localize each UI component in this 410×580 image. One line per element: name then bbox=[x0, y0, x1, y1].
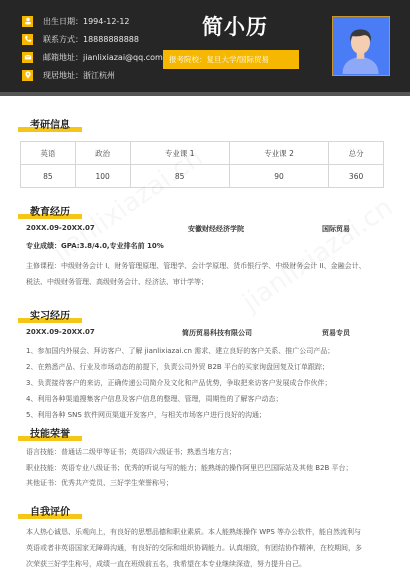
header-divider bbox=[0, 92, 410, 96]
table-cell: 100 bbox=[75, 165, 130, 188]
info-label: 出生日期： bbox=[43, 16, 83, 27]
education-school: 安徽财经经济学院 bbox=[188, 224, 244, 234]
exam-score-table: 英语 政治 专业课 1 专业课 2 总分 85 100 85 90 360 bbox=[20, 141, 384, 188]
person-icon bbox=[22, 16, 33, 27]
info-value: jianlixiazai@qq.com bbox=[83, 53, 163, 62]
internship-item: 5、利用各种 SNS 软件网页渠道开发客户，与相关市场客户进行良好的沟通； bbox=[26, 410, 266, 420]
internship-company: 简历贸易科技有限公司 bbox=[182, 328, 252, 338]
section-title-internship: 实习经历 bbox=[18, 307, 88, 323]
watermark: jianlixiazai.cn bbox=[237, 192, 398, 317]
internship-item: 1、参加国内外展会、拜访客户、了解 jianlixiazai.cn 需求、建立良… bbox=[26, 346, 334, 356]
table-header-cell: 英语 bbox=[21, 142, 76, 165]
table-cell: 85 bbox=[21, 165, 76, 188]
table-header-cell: 专业课 2 bbox=[229, 142, 328, 165]
education-period: 20XX.09-20XX.07 bbox=[26, 224, 95, 232]
section-title-education: 教育经历 bbox=[18, 203, 88, 219]
mail-icon bbox=[22, 52, 33, 63]
info-value: 1994-12-12 bbox=[83, 17, 130, 26]
internship-period: 20XX.09-20XX.07 bbox=[26, 328, 95, 336]
table-cell: 360 bbox=[329, 165, 384, 188]
skill-item: 语言技能：普通话二级甲等证书；英语四六级证书；熟悉当地方言； bbox=[26, 447, 236, 457]
table-header-row: 英语 政治 专业课 1 专业课 2 总分 bbox=[21, 142, 384, 165]
table-cell: 85 bbox=[130, 165, 229, 188]
info-address: 现居地址： 浙江杭州 bbox=[22, 68, 115, 82]
table-header-cell: 专业课 1 bbox=[130, 142, 229, 165]
info-birthdate: 出生日期： 1994-12-12 bbox=[22, 14, 130, 28]
info-label: 邮箱地址： bbox=[43, 52, 83, 63]
education-gpa: 专业成绩：GPA:3.8/4.0,专业排名前 10% bbox=[26, 241, 164, 251]
education-courses-line: 税法、中级财务管理、高级财务会计、经济法、审计学等； bbox=[26, 277, 208, 287]
internship-position: 贸易专员 bbox=[322, 328, 350, 338]
education-major: 国际贸易 bbox=[322, 224, 350, 234]
table-cell: 90 bbox=[229, 165, 328, 188]
info-phone: 联系方式： 18888888888 bbox=[22, 32, 139, 46]
location-icon bbox=[22, 70, 33, 81]
table-header-cell: 总分 bbox=[329, 142, 384, 165]
candidate-name: 简小历 bbox=[195, 11, 275, 41]
skill-item: 其他证书：优秀共产党员、三好学生荣誉称号； bbox=[26, 478, 173, 488]
info-email: 邮箱地址： jianlixiazai@qq.com bbox=[22, 50, 163, 64]
table-row: 85 100 85 90 360 bbox=[21, 165, 384, 188]
phone-icon bbox=[22, 34, 33, 45]
info-label: 联系方式： bbox=[43, 34, 83, 45]
education-courses-line: 主修课程：中级财务会计 I、财务管理原理、管理学、会计学原理、货币银行学、中级财… bbox=[26, 261, 366, 271]
internship-item: 4、利用各种渠道搜集客户信息及客户信息的整理、管理，周期性的了解客户动态； bbox=[26, 394, 282, 404]
info-label: 现居地址： bbox=[43, 70, 83, 81]
info-value: 浙江杭州 bbox=[83, 70, 115, 81]
self-eval-line: 本人热心诚恳、乐观向上，有良好的思想品德和职业素质。本人能熟练操作 WPS 等办… bbox=[26, 527, 361, 537]
info-value: 18888888888 bbox=[83, 35, 139, 44]
section-title-skills: 技能荣誉 bbox=[18, 425, 88, 441]
section-title-self-evaluation: 自我评价 bbox=[18, 503, 88, 519]
self-eval-line: 英语或者非英语国家无障碍沟通，有良好的交际和组织协调能力。认真细致，有团结协作精… bbox=[26, 543, 362, 553]
target-school-bar: 报考院校：复旦大学/国际贸易 bbox=[163, 50, 299, 69]
skill-item: 职业技能：英语专业八级证书；优秀的听说与写的能力；能熟练的操作阿里巴巴国际站及其… bbox=[26, 463, 353, 473]
section-title-exam: 考研信息 bbox=[18, 116, 88, 132]
internship-item: 2、在熟悉产品、行业及市场动态的前提下，负责公司外贸 B2B 平台的买家询盘回复… bbox=[26, 362, 329, 372]
table-header-cell: 政治 bbox=[75, 142, 130, 165]
internship-item: 3、负责接待客户的来访，正确传递公司简介及文化和产品优势，争取把来访客户发展成合… bbox=[26, 378, 331, 388]
avatar bbox=[332, 16, 390, 76]
self-eval-line: 次荣获三好学生称号，成绩一直在班级前五名，我希望在本专业继续深造，努力提升自己。 bbox=[26, 559, 306, 569]
